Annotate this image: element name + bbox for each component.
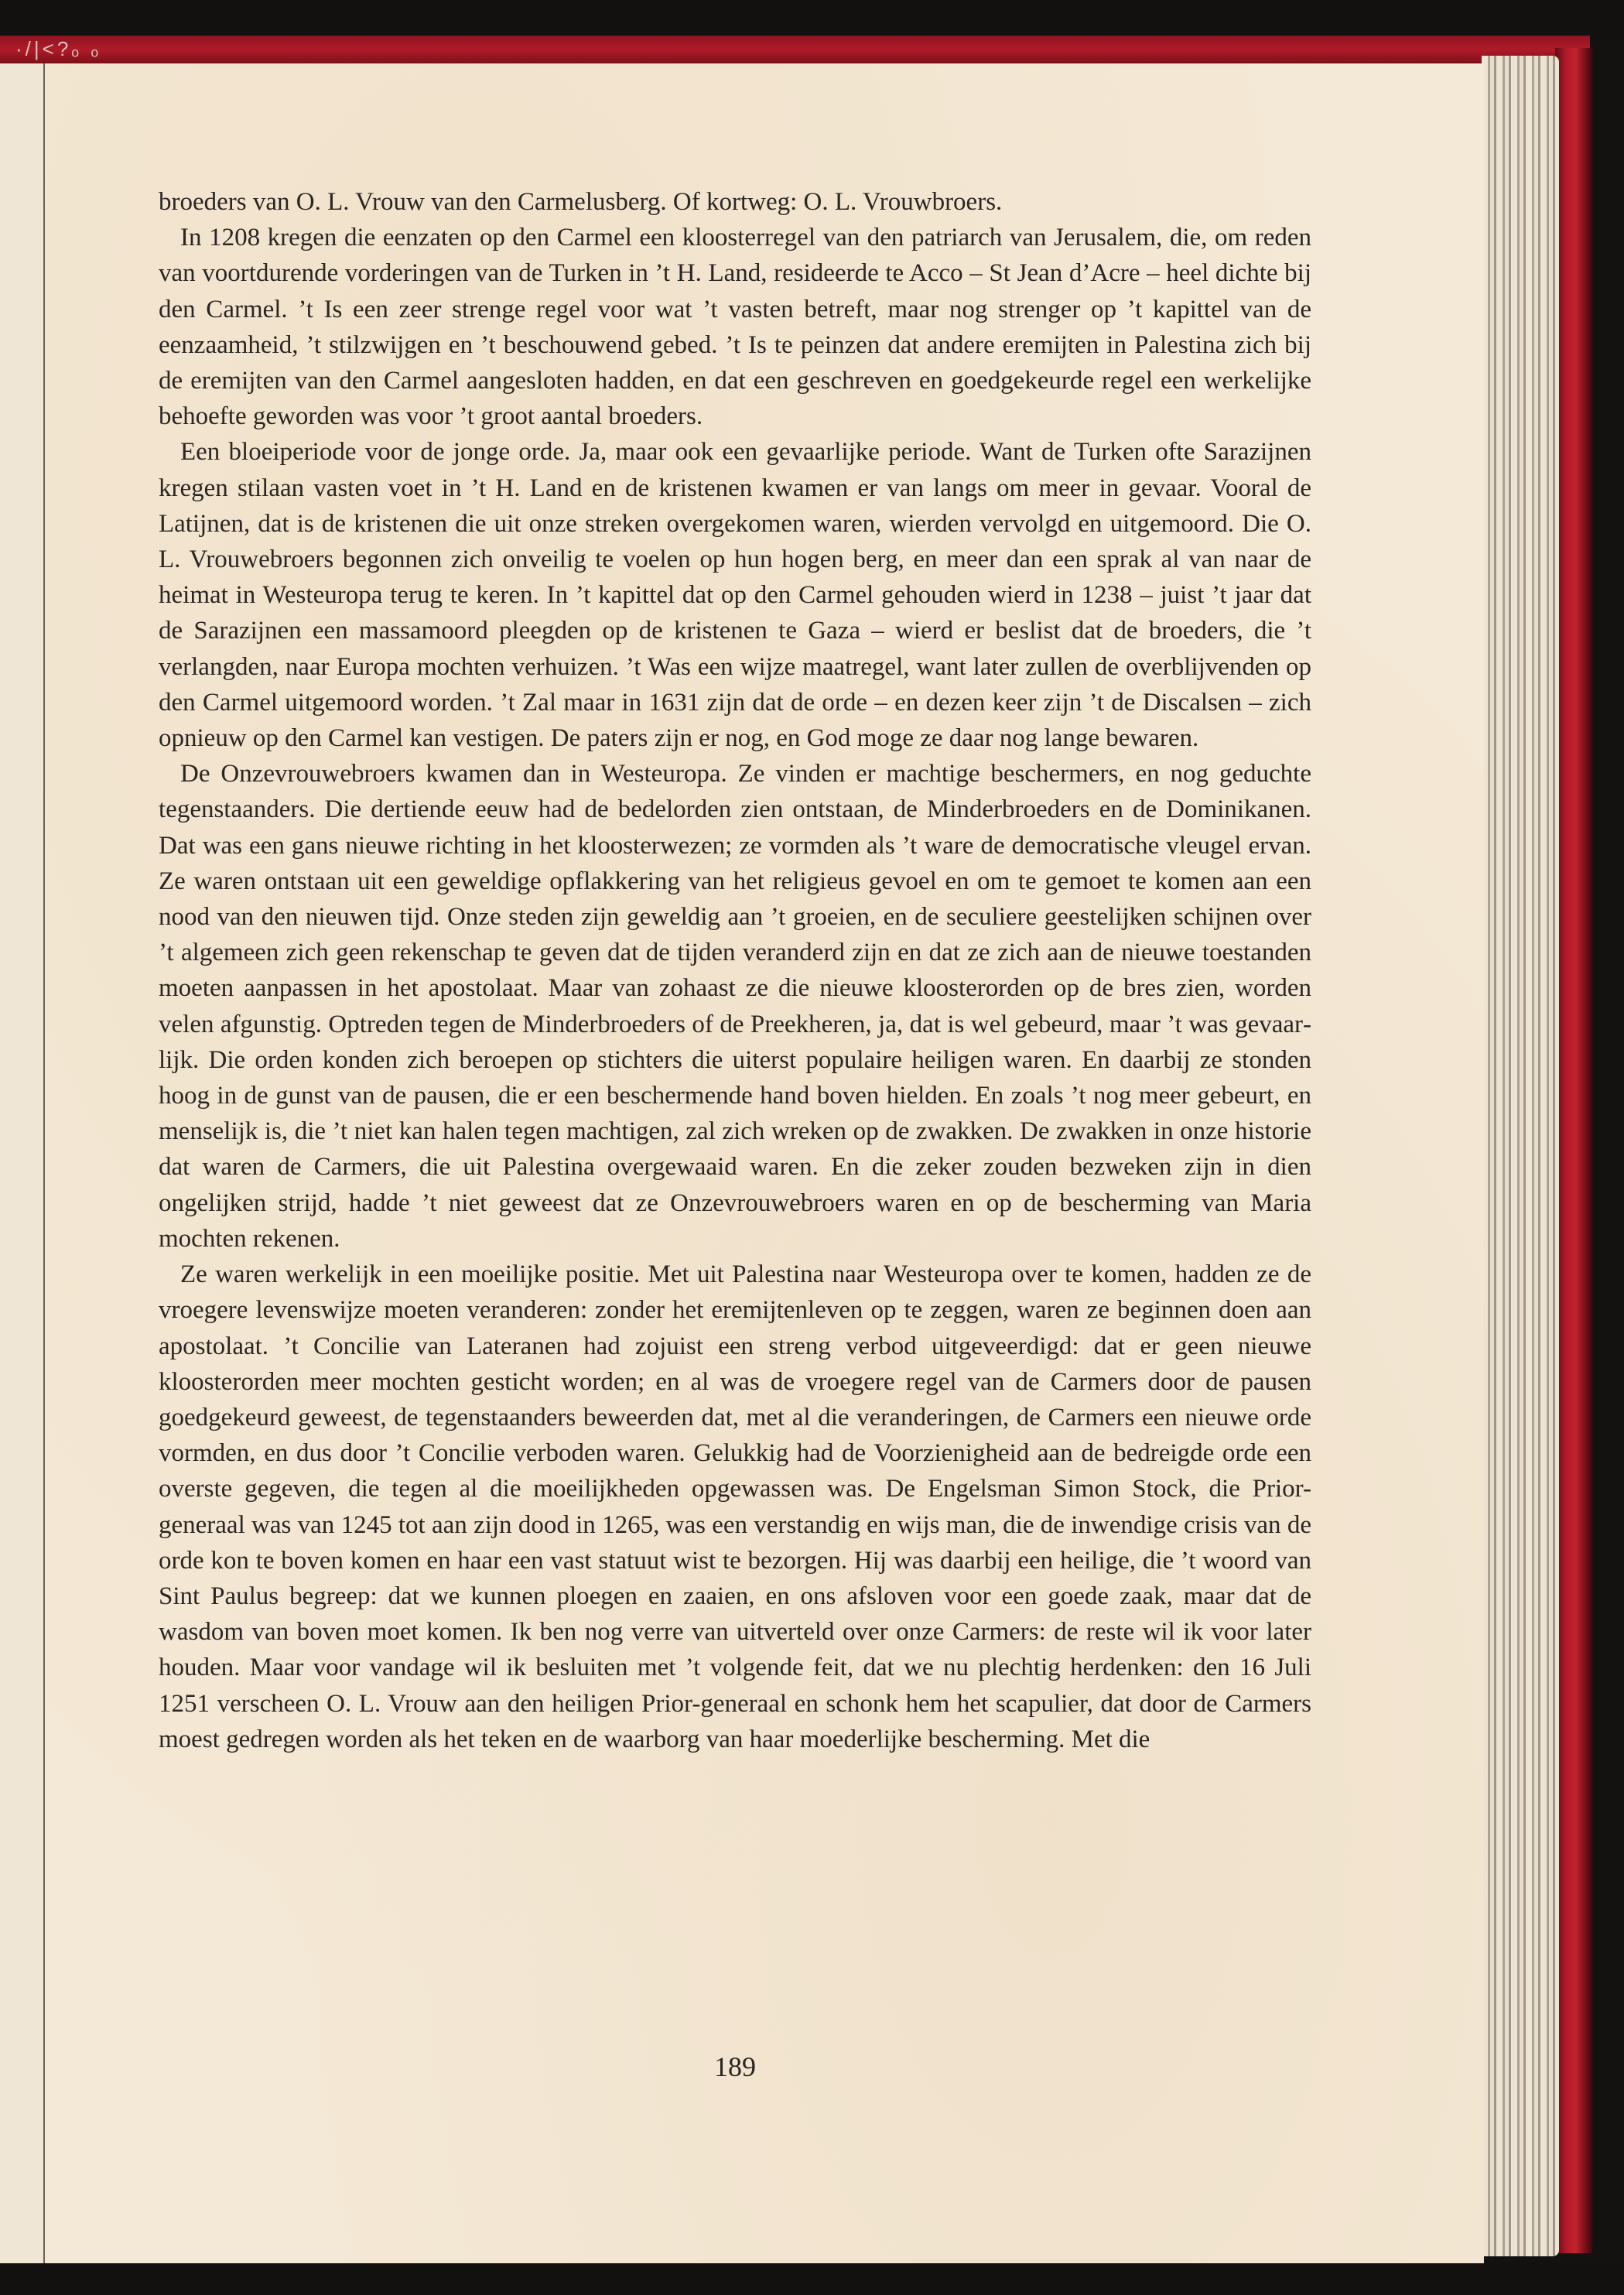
page-body-text: broeders van O. L. Vrouw van den Carmelu… — [159, 184, 1311, 1757]
page-number: 189 — [0, 2050, 1470, 2083]
book-cover-right-edge — [1555, 48, 1592, 2253]
paragraph: In 1208 kregen die eenzaten op den Carme… — [159, 220, 1311, 434]
page-edges-stack — [1482, 56, 1559, 2256]
library-mark: ·/|<?ₒ ₒ — [15, 37, 101, 61]
paragraph: Ze waren werkelijk in een moeilijke posi… — [159, 1257, 1311, 1757]
paragraph: De Onzevrouwebroers kwamen dan in Westeu… — [159, 756, 1311, 1257]
paragraph: broeders van O. L. Vrouw van den Carmelu… — [159, 184, 1311, 220]
background-top — [0, 0, 1624, 39]
book-cover-top-edge — [0, 36, 1590, 63]
background-bottom — [0, 2263, 1624, 2295]
previous-leaf-edge — [0, 63, 46, 2263]
paragraph: Een bloeiperiode voor de jonge orde. Ja,… — [159, 434, 1311, 756]
